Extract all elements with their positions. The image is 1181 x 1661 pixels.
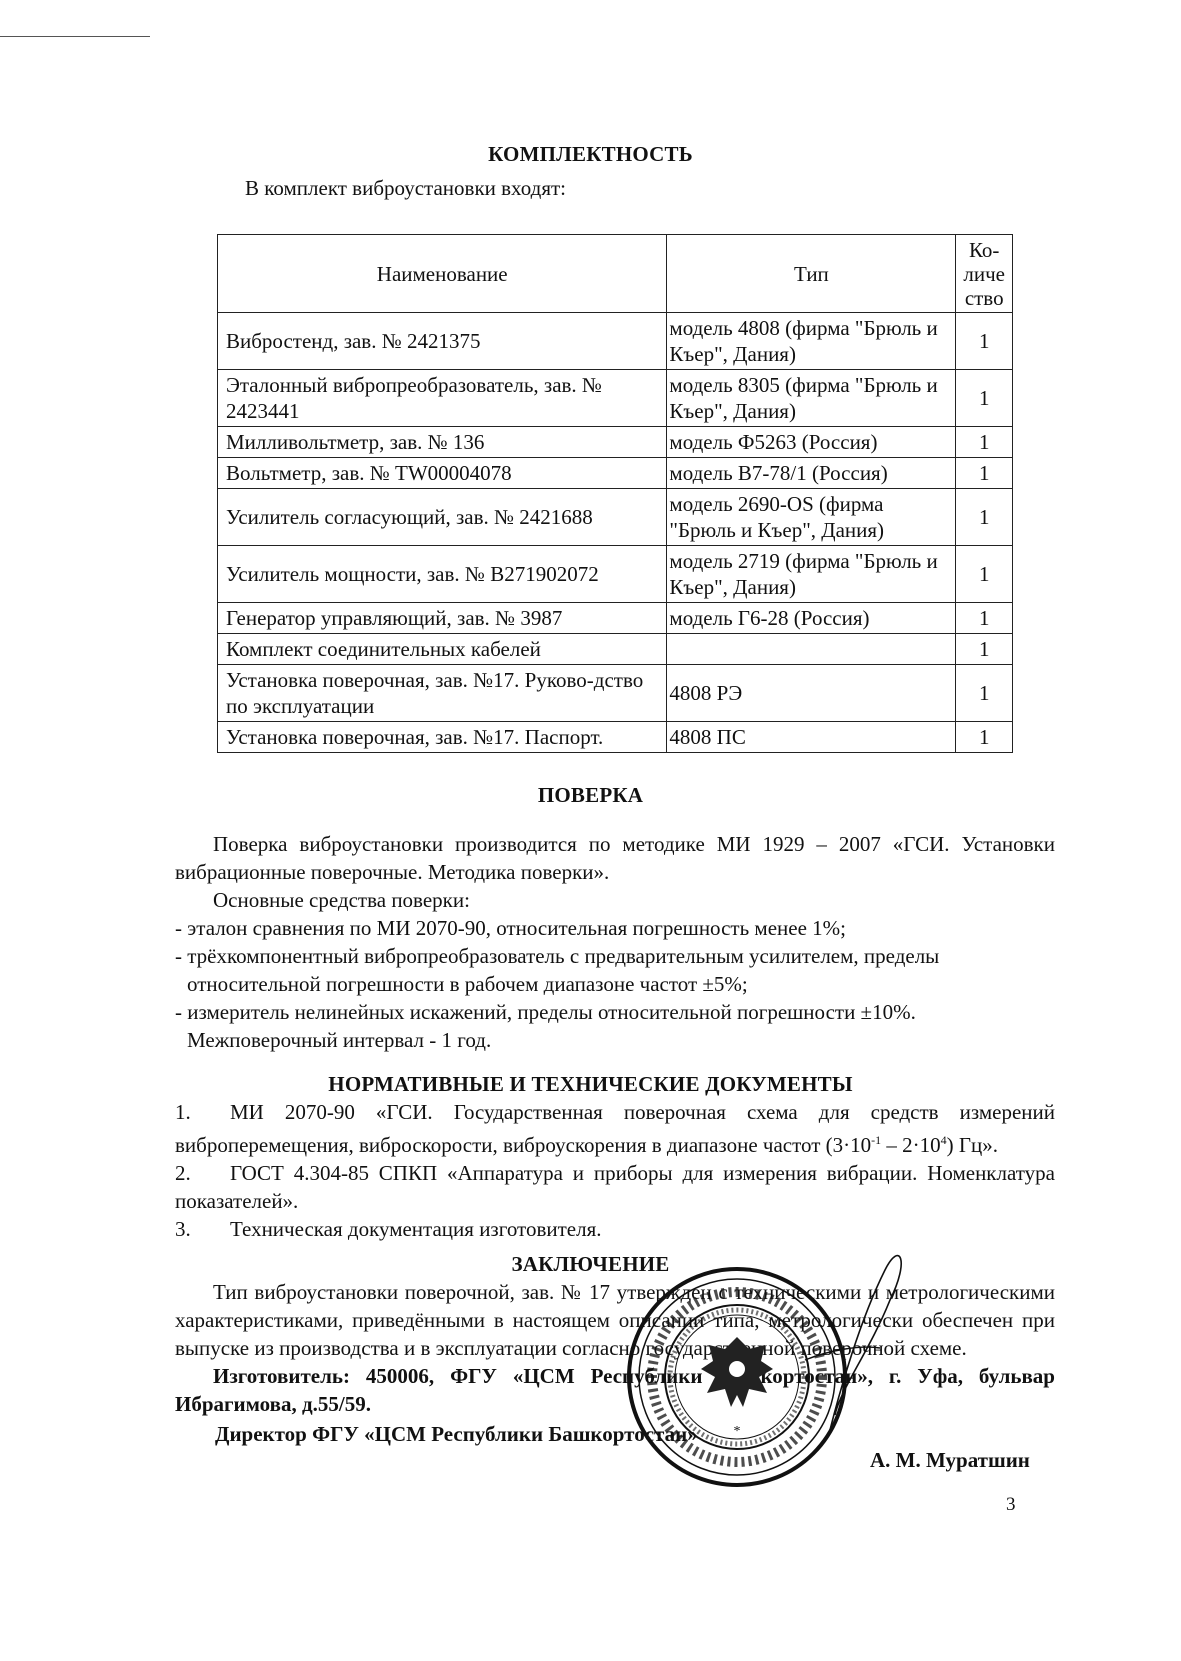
verification-body: Поверка виброустановки производится по м… xyxy=(175,830,1055,1054)
table-row: Генератор управляющий, зав. № 3987модель… xyxy=(218,603,1013,634)
table-row: Усилитель мощности, зав. № В271902072мод… xyxy=(218,546,1013,603)
signature-icon xyxy=(800,1240,920,1440)
verification-item: - трёхкомпонентный вибропреобразователь … xyxy=(175,942,1055,998)
document-text-part: – 2·10 xyxy=(881,1133,941,1157)
documents-list: 1. МИ 2070-90 «ГСИ. Государственная пове… xyxy=(175,1098,1055,1243)
document-text-part: ) Гц». xyxy=(947,1133,998,1157)
page-number: 3 xyxy=(1006,1494,1016,1516)
section-title-verification: ПОВЕРКА xyxy=(0,783,1181,808)
scan-artifact-line xyxy=(0,36,150,37)
document-item: 1. МИ 2070-90 «ГСИ. Государственная пове… xyxy=(175,1098,1055,1159)
cell-qty: 1 xyxy=(956,489,1013,546)
verification-item: - измеритель нелинейных искажений, преде… xyxy=(175,998,1055,1026)
cell-name: Установка поверочная, зав. №17. Паспорт. xyxy=(218,722,667,753)
cell-name: Генератор управляющий, зав. № 3987 xyxy=(218,603,667,634)
header-qty-line: личе xyxy=(958,262,1010,286)
svg-text:*: * xyxy=(734,1424,741,1439)
manufacturer-info: Изготовитель: 450006, ФГУ «ЦСМ Республик… xyxy=(175,1362,1055,1418)
table-row: Комплект соединительных кабелей1 xyxy=(218,634,1013,665)
verification-item: - эталон сравнения по МИ 2070-90, относи… xyxy=(175,914,1055,942)
cell-type: 4808 ПС xyxy=(667,722,956,753)
table-row: Вольтметр, зав. № TW00004078модель В7-78… xyxy=(218,458,1013,489)
section-title-completeness: КОМПЛЕКТНОСТЬ xyxy=(0,142,1181,167)
cell-name: Комплект соединительных кабелей xyxy=(218,634,667,665)
cell-type xyxy=(667,634,956,665)
cell-qty: 1 xyxy=(956,458,1013,489)
cell-type: 4808 РЭ xyxy=(667,665,956,722)
table-row: Вибростенд, зав. № 2421375модель 4808 (ф… xyxy=(218,313,1013,370)
cell-qty: 1 xyxy=(956,665,1013,722)
table-row: Установка поверочная, зав. №17. Руково-д… xyxy=(218,665,1013,722)
completeness-table: Наименование Тип Ко- личе ство Вибростен… xyxy=(217,234,1013,753)
table-row: Милливольтметр, зав. № 136модель Ф5263 (… xyxy=(218,427,1013,458)
verification-method: Поверка виброустановки производится по м… xyxy=(175,830,1055,886)
cell-type: модель 2719 (фирма "Брюль и Къер", Дания… xyxy=(667,546,956,603)
cell-qty: 1 xyxy=(956,546,1013,603)
completeness-intro: В комплект виброустановки входят: xyxy=(245,176,566,201)
cell-name: Эталонный вибропреобразователь, зав. № 2… xyxy=(218,370,667,427)
cell-type: модель 8305 (фирма "Брюль и Къер", Дания… xyxy=(667,370,956,427)
document-item: 3. Техническая документация изготовителя… xyxy=(175,1215,1055,1243)
cell-type: модель В7-78/1 (Россия) xyxy=(667,458,956,489)
document-number: 3. xyxy=(175,1215,230,1243)
signer-name: А. М. Муратшин xyxy=(870,1448,1030,1473)
cell-name: Милливольтметр, зав. № 136 xyxy=(218,427,667,458)
table-header-row: Наименование Тип Ко- личе ство xyxy=(218,235,1013,313)
section-title-conclusion: ЗАКЛЮЧЕНИЕ xyxy=(0,1252,1181,1277)
header-qty: Ко- личе ство xyxy=(956,235,1013,313)
header-qty-line: Ко- xyxy=(958,238,1010,262)
cell-qty: 1 xyxy=(956,313,1013,370)
section-title-documents: НОРМАТИВНЫЕ И ТЕХНИЧЕСКИЕ ДОКУМЕНТЫ xyxy=(0,1072,1181,1097)
cell-name: Вибростенд, зав. № 2421375 xyxy=(218,313,667,370)
header-type: Тип xyxy=(667,235,956,313)
superscript: -1 xyxy=(871,1133,881,1147)
cell-name: Усилитель мощности, зав. № В271902072 xyxy=(218,546,667,603)
conclusion-text: Тип виброустановки поверочной, зав. № 17… xyxy=(175,1278,1055,1362)
document-text: ГОСТ 4.304-85 СПКП «Аппаратура и приборы… xyxy=(175,1159,1055,1215)
cell-name: Усилитель согласующий, зав. № 2421688 xyxy=(218,489,667,546)
cell-qty: 1 xyxy=(956,370,1013,427)
cell-qty: 1 xyxy=(956,603,1013,634)
verification-means-label: Основные средства поверки: xyxy=(175,886,1055,914)
cell-type: модель 2690-OS (фирма "Брюль и Къер", Да… xyxy=(667,489,956,546)
table-row: Усилитель согласующий, зав. № 2421688мод… xyxy=(218,489,1013,546)
header-name: Наименование xyxy=(218,235,667,313)
cell-type: модель Ф5263 (Россия) xyxy=(667,427,956,458)
document-item: 2. ГОСТ 4.304-85 СПКП «Аппаратура и приб… xyxy=(175,1159,1055,1215)
cell-qty: 1 xyxy=(956,427,1013,458)
cell-name: Вольтметр, зав. № TW00004078 xyxy=(218,458,667,489)
header-qty-line: ство xyxy=(958,286,1010,310)
verification-interval: Межповерочный интервал - 1 год. xyxy=(175,1026,1055,1054)
cell-qty: 1 xyxy=(956,634,1013,665)
cell-type: модель 4808 (фирма "Брюль и Къер", Дания… xyxy=(667,313,956,370)
document-text: Техническая документация изготовителя. xyxy=(230,1215,601,1243)
conclusion-body: Тип виброустановки поверочной, зав. № 17… xyxy=(175,1278,1055,1418)
cell-name: Установка поверочная, зав. №17. Руково-д… xyxy=(218,665,667,722)
table-row: Установка поверочная, зав. №17. Паспорт.… xyxy=(218,722,1013,753)
document-text: МИ 2070-90 «ГСИ. Государственная повероч… xyxy=(175,1098,1055,1159)
cell-type: модель Г6-28 (Россия) xyxy=(667,603,956,634)
cell-qty: 1 xyxy=(956,722,1013,753)
table-row: Эталонный вибропреобразователь, зав. № 2… xyxy=(218,370,1013,427)
